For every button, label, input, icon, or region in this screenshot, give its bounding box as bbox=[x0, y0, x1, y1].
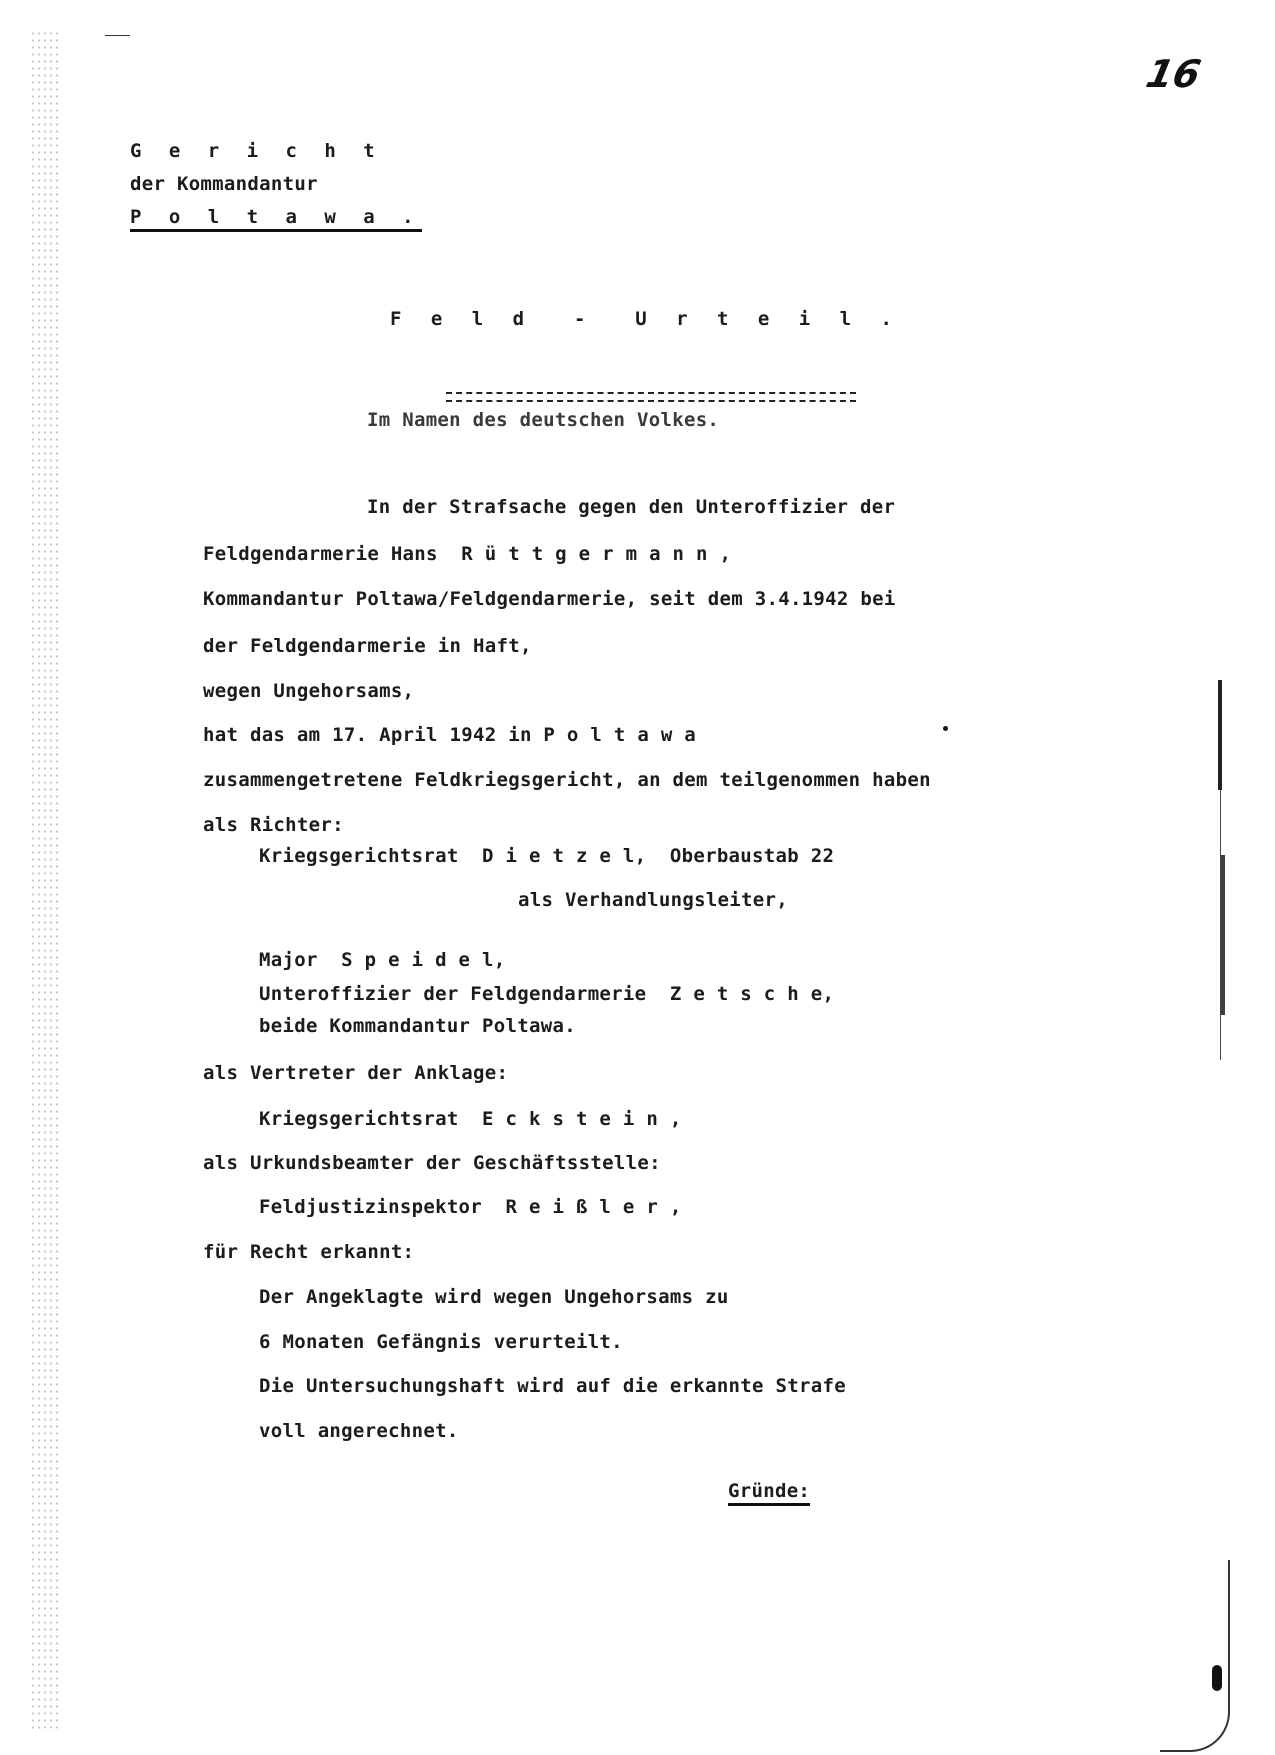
body-line-5: wegen Ungehorsams, bbox=[203, 680, 414, 702]
body-line-6: hat das am 17. April 1942 in P o l t a w… bbox=[203, 724, 696, 746]
body-line-16: als Urkundsbeamter der Geschäftsstelle: bbox=[203, 1152, 661, 1174]
body-line-2: Feldgendarmerie Hans R ü t t g e r m a n… bbox=[203, 543, 731, 565]
invocation: Im Namen des deutschen Volkes. bbox=[367, 409, 719, 431]
body-line-12: Unteroffizier der Feldgendarmerie Z e t … bbox=[259, 983, 834, 1005]
title-double-underline bbox=[446, 392, 856, 402]
body-line-18: für Recht erkannt: bbox=[203, 1241, 414, 1263]
header-court: G e r i c h t bbox=[130, 140, 383, 162]
body-line-19: Der Angeklagte wird wegen Ungehorsams zu bbox=[259, 1286, 729, 1308]
body-line-4: der Feldgendarmerie in Haft, bbox=[203, 635, 532, 657]
page-number: 16 bbox=[1142, 52, 1204, 96]
body-line-13: beide Kommandantur Poltawa. bbox=[259, 1015, 576, 1037]
document-page: 16 G e r i c h t der Kommandantur P o l … bbox=[0, 0, 1275, 1755]
paper-fold-mark bbox=[1160, 1560, 1230, 1752]
scan-edge-bar bbox=[1221, 855, 1225, 1015]
body-line-21: Die Untersuchungshaft wird auf die erkan… bbox=[259, 1375, 846, 1397]
body-line-1: In der Strafsache gegen den Unteroffizie… bbox=[367, 496, 895, 518]
scan-edge-bar bbox=[1218, 680, 1222, 790]
body-line-10: als Verhandlungsleiter, bbox=[518, 889, 788, 911]
section-heading-reasons: Gründe: bbox=[728, 1480, 810, 1506]
body-line-3: Kommandantur Poltawa/Feldgendarmerie, se… bbox=[203, 588, 896, 610]
header-city: P o l t a w a . bbox=[130, 206, 422, 232]
body-line-9: Kriegsgerichtsrat D i e t z e l, Oberbau… bbox=[259, 845, 834, 867]
body-line-11: Major S p e i d e l, bbox=[259, 949, 506, 971]
body-line-7: zusammengetretene Feldkriegsgericht, an … bbox=[203, 769, 931, 791]
ink-speck bbox=[943, 726, 948, 731]
ink-blot bbox=[1212, 1665, 1222, 1691]
body-line-20: 6 Monaten Gefängnis verurteilt. bbox=[259, 1331, 623, 1353]
header-command: der Kommandantur bbox=[130, 173, 318, 195]
body-line-15: Kriegsgerichtsrat E c k s t e i n , bbox=[259, 1108, 682, 1130]
body-line-8: als Richter: bbox=[203, 814, 344, 836]
body-line-17: Feldjustizinspektor R e i ß l e r , bbox=[259, 1196, 682, 1218]
scan-mark bbox=[105, 35, 130, 36]
scan-edge-noise bbox=[30, 30, 58, 1730]
document-title: F e l d - U r t e i l . bbox=[390, 308, 901, 330]
body-line-22: voll angerechnet. bbox=[259, 1420, 459, 1442]
body-line-14: als Vertreter der Anklage: bbox=[203, 1062, 508, 1084]
